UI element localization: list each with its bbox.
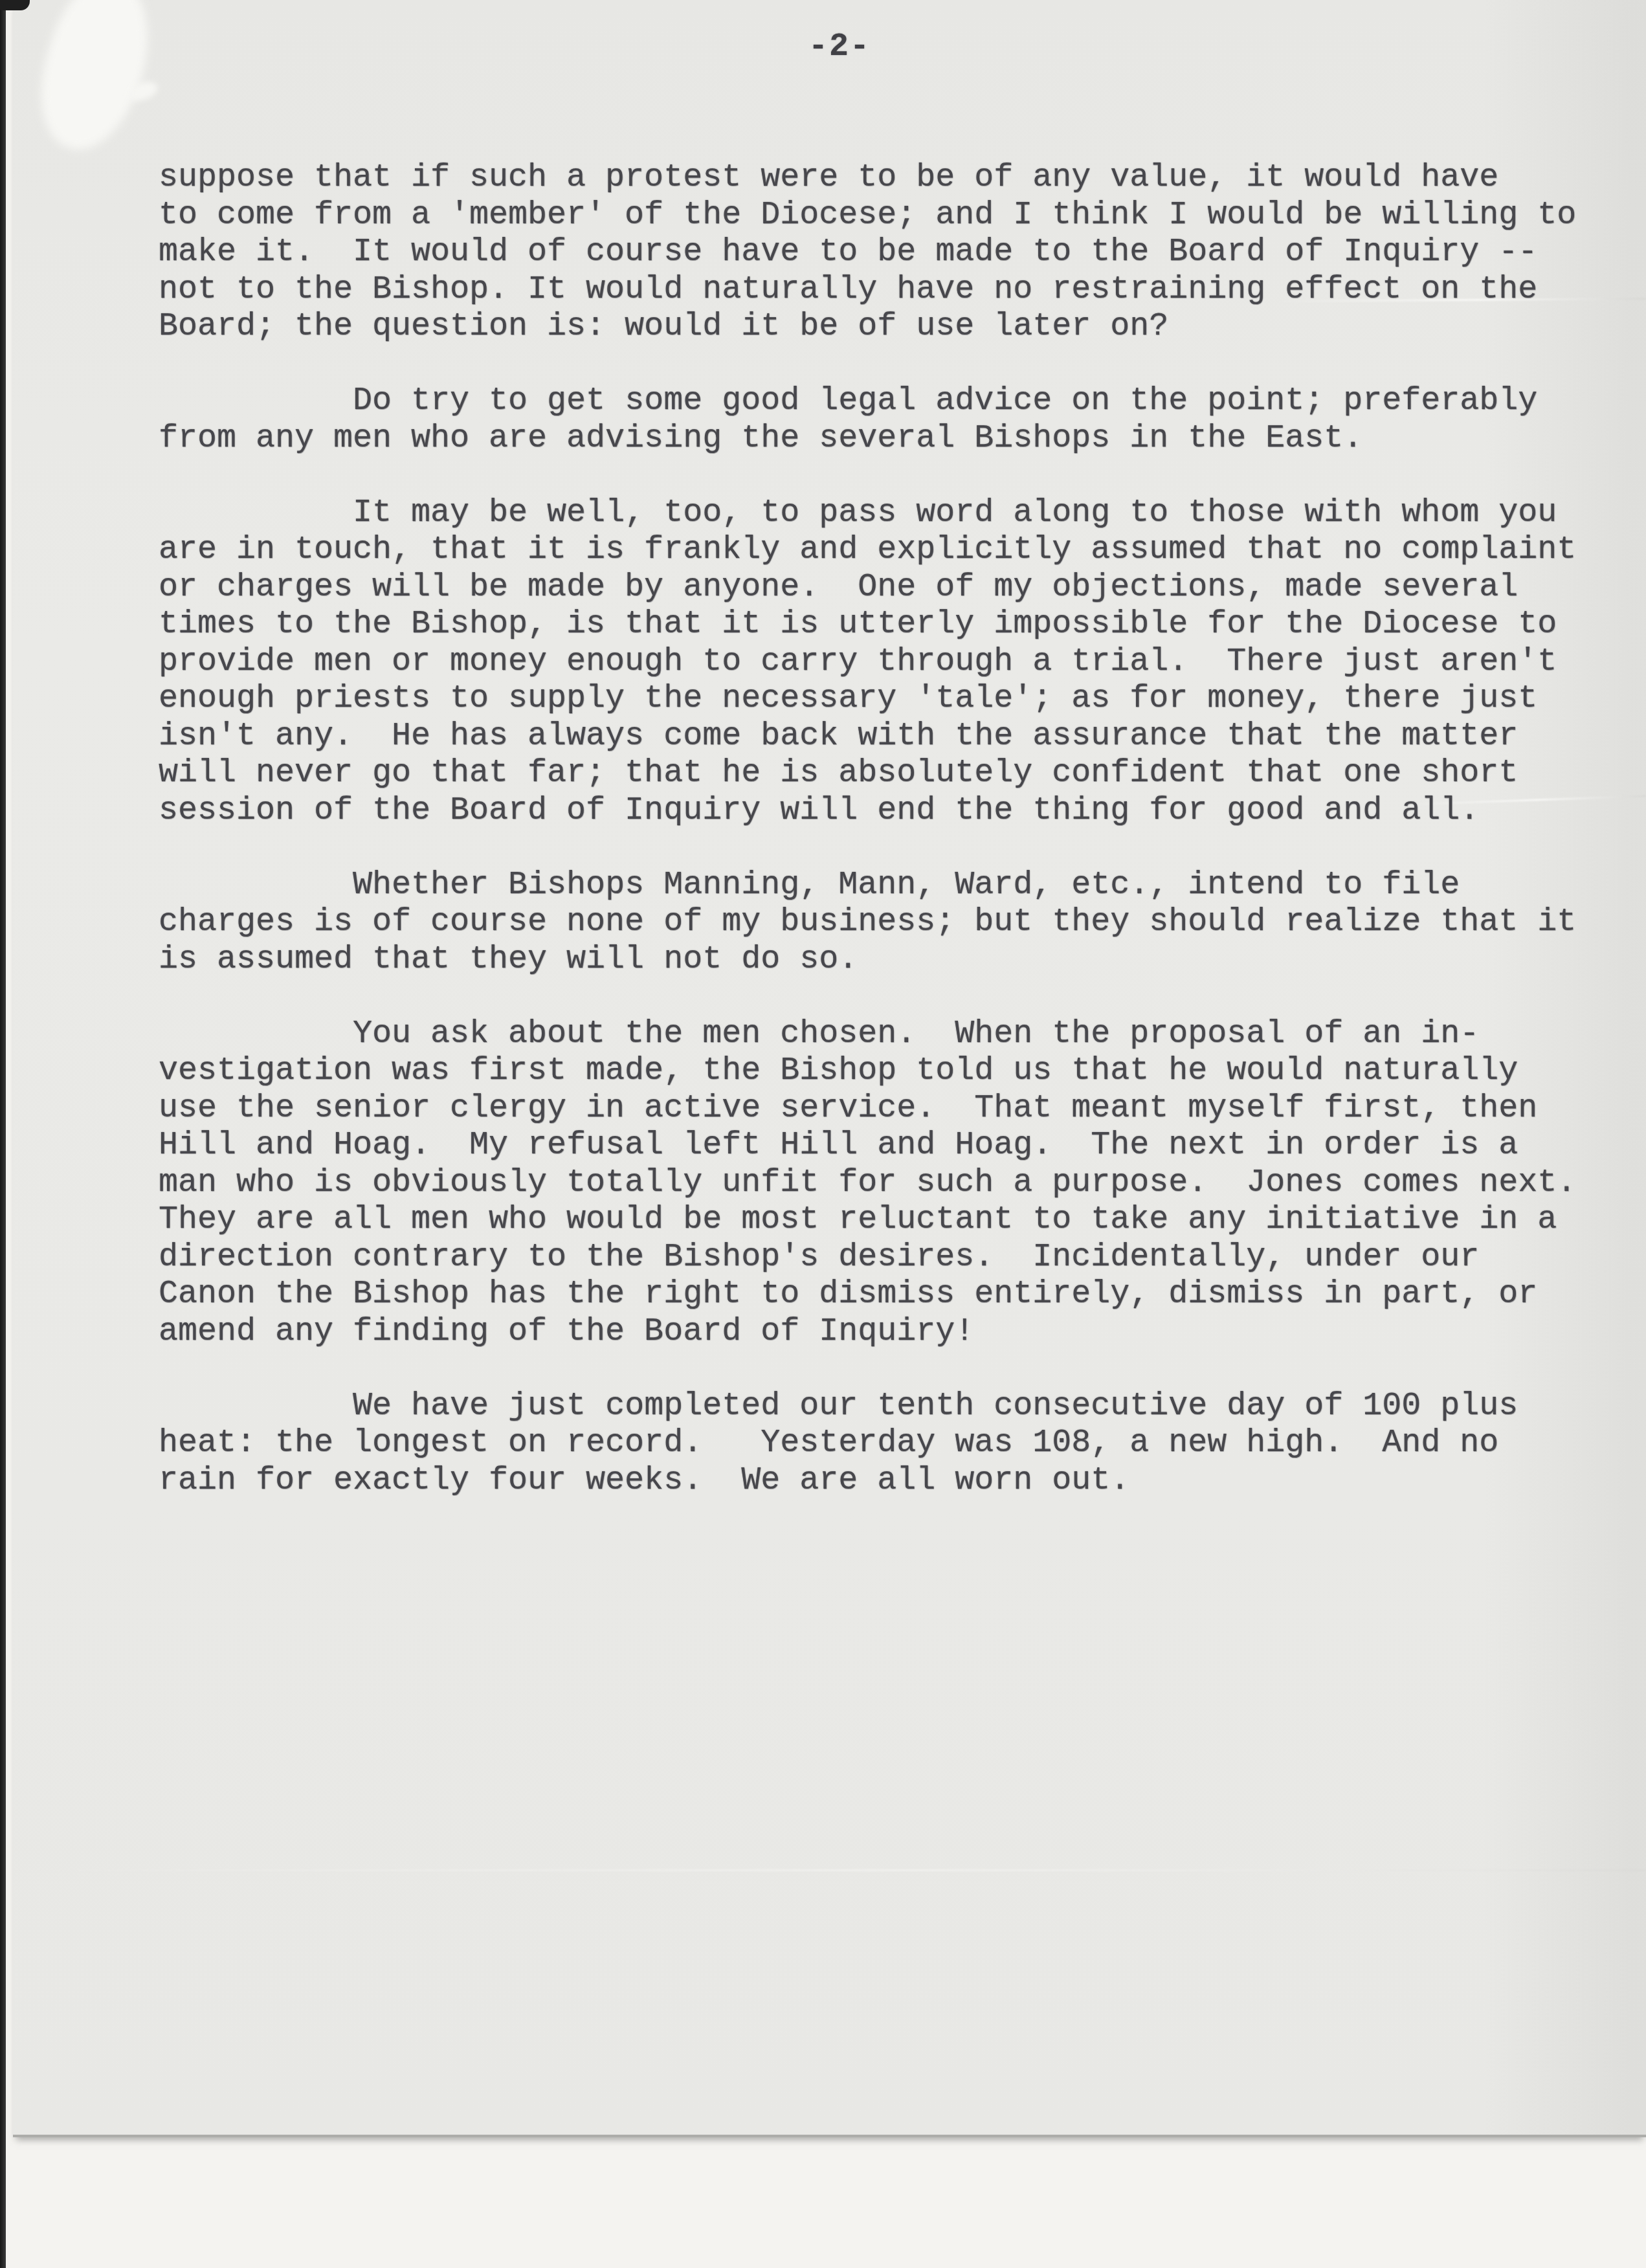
- paragraph: Whether Bishops Manning, Mann, Ward, etc…: [159, 867, 1621, 979]
- paragraph: You ask about the men chosen. When the p…: [159, 1016, 1621, 1351]
- paragraph: Do try to get some good legal advice on …: [159, 383, 1621, 457]
- paragraph: It may be well, too, to pass word along …: [159, 495, 1621, 830]
- paper-crease: [13, 1869, 1646, 1871]
- paragraph: suppose that if such a protest were to b…: [159, 159, 1621, 346]
- scanned-letter-page: -2- suppose that if such a protest were …: [0, 0, 1646, 2268]
- letter-body: suppose that if such a protest were to b…: [159, 159, 1621, 1537]
- scan-edge-shadow: [0, 0, 6, 2268]
- page-number: -2-: [159, 28, 1520, 66]
- corner-smudge: [0, 0, 30, 10]
- letter-page: -2- suppose that if such a protest were …: [13, 0, 1646, 2137]
- paper-worn-spot: [23, 0, 167, 162]
- paragraph: We have just completed our tenth consecu…: [159, 1388, 1621, 1500]
